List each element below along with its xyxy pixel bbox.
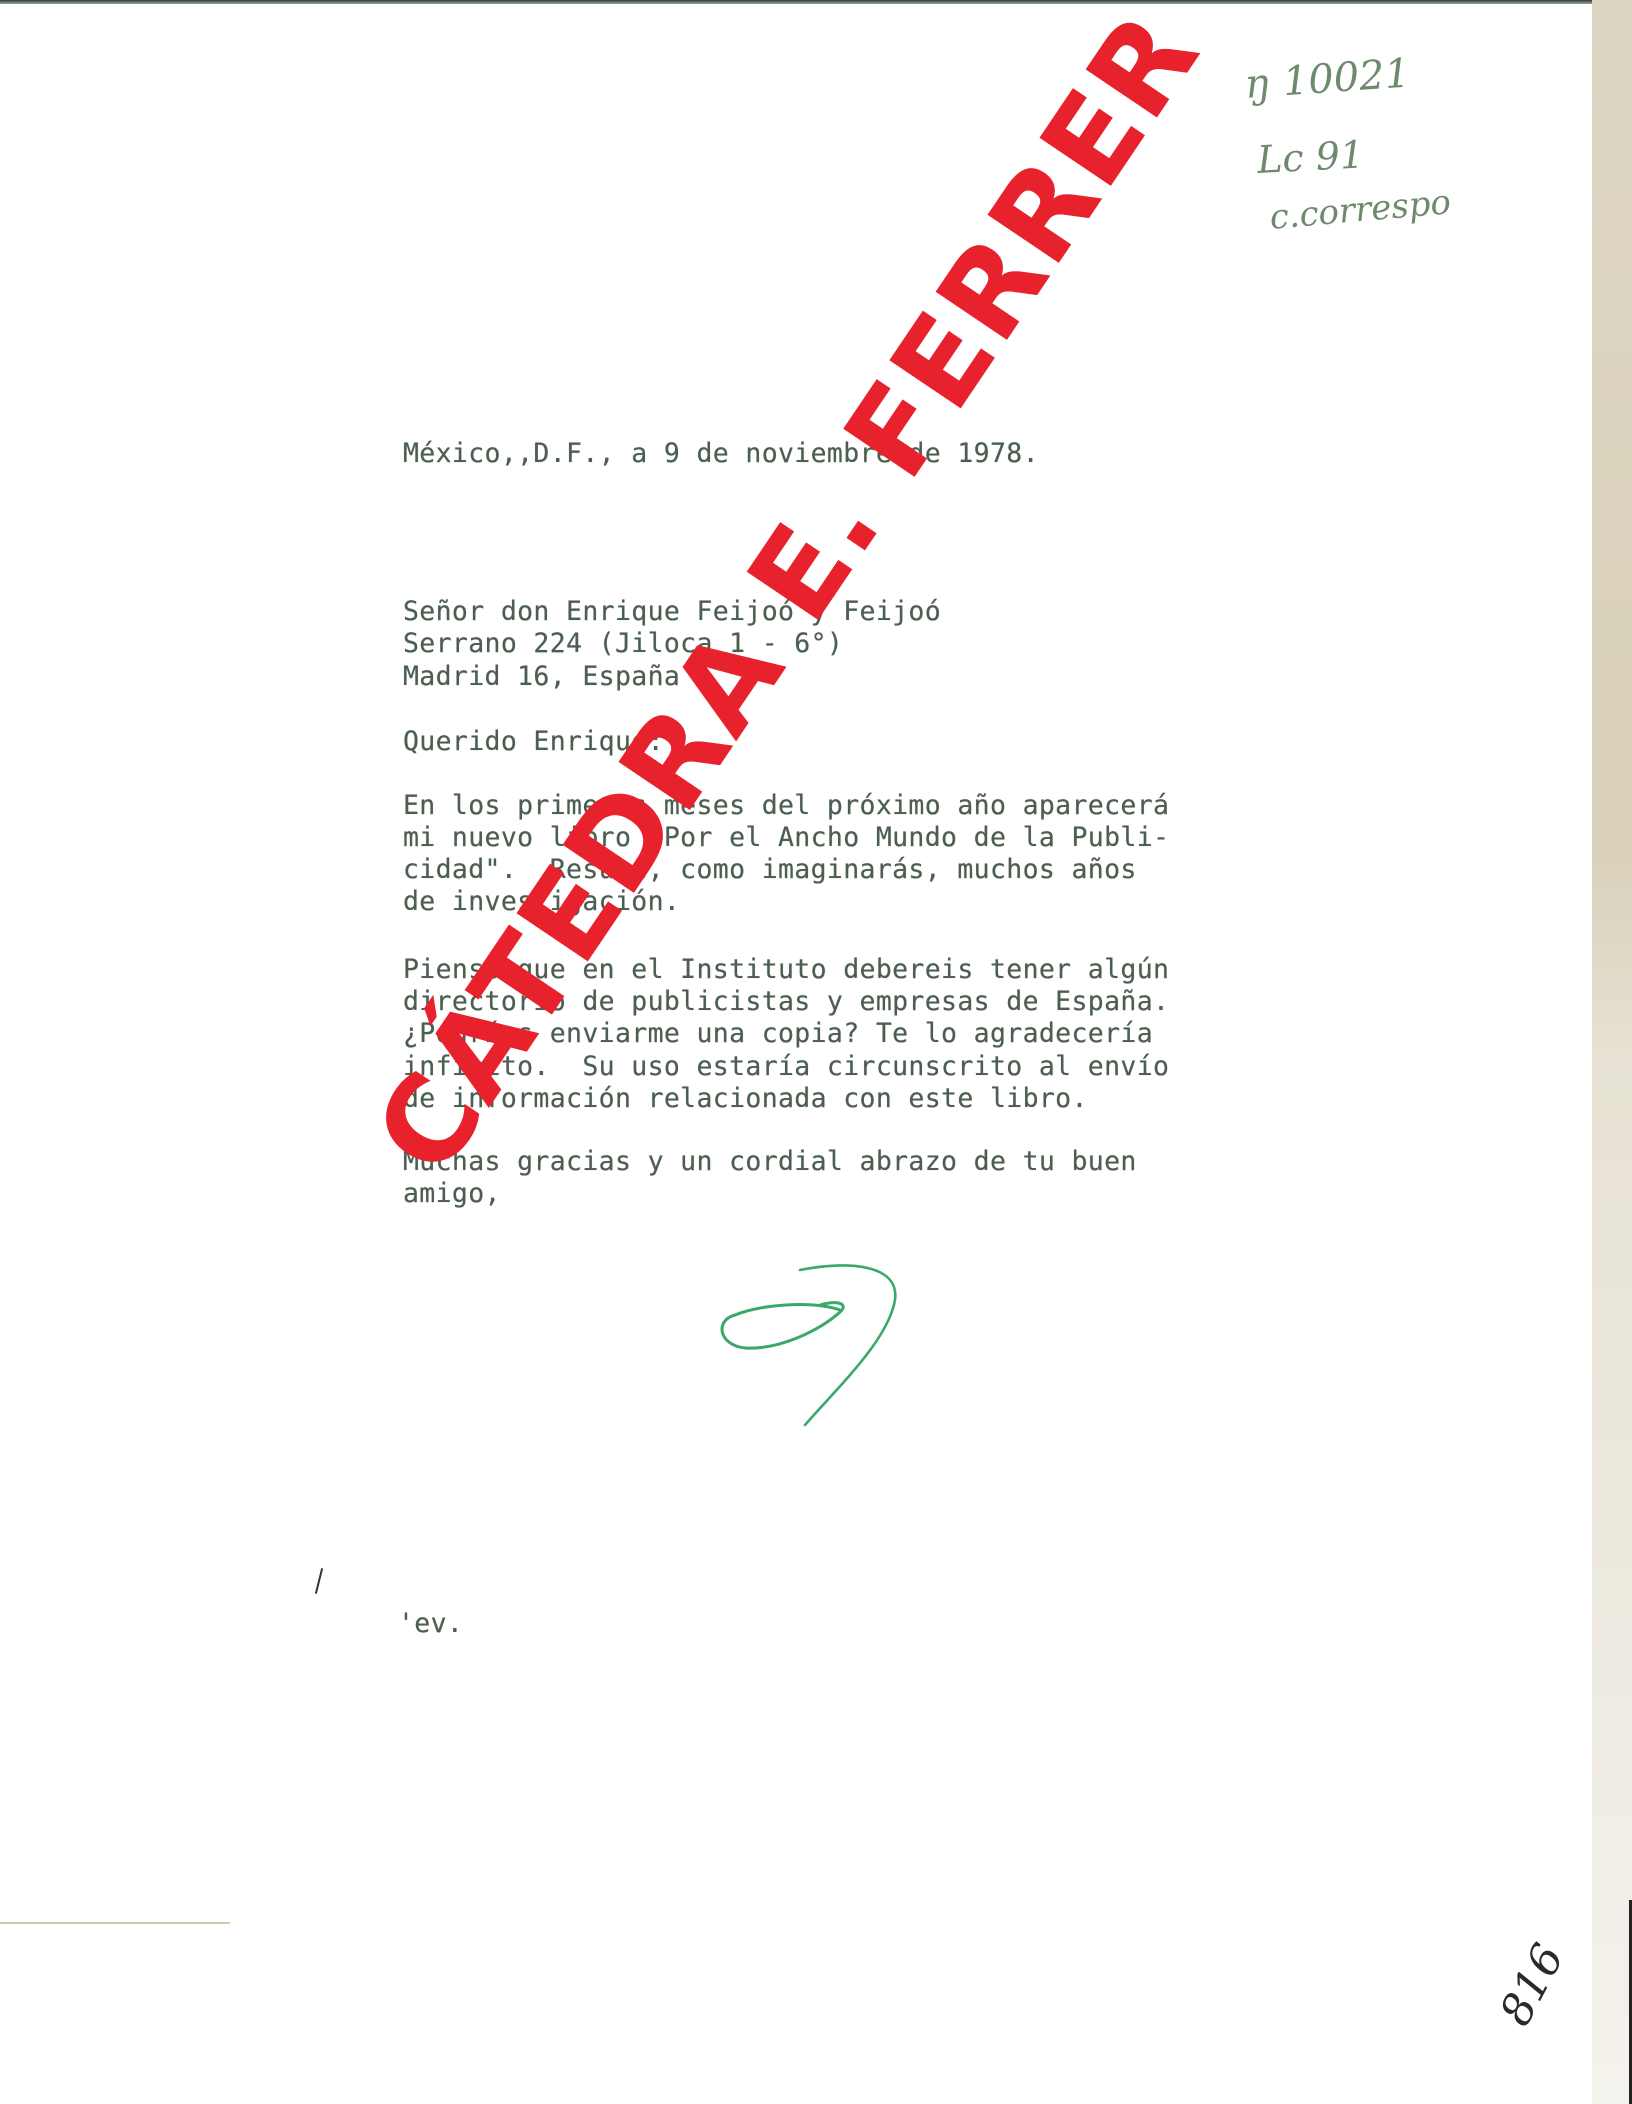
paragraph-line: mi nuevo libro "Por el Ancho Mundo de la… — [403, 822, 1169, 855]
archive-note-category: c.correspo — [1268, 182, 1452, 238]
paragraph-line: En los primeros meses del próximo año ap… — [403, 790, 1169, 823]
pen-mark — [315, 1568, 323, 1594]
signature — [690, 1220, 910, 1430]
archive-note-number: ŋ 10021 — [1243, 50, 1412, 107]
scan-right-margin — [1592, 0, 1632, 2104]
scan-top-edge — [0, 0, 1632, 4]
typist-initials: 'ev. — [398, 1608, 463, 1641]
scan-artifact-line — [0, 1922, 230, 1924]
page-number: 816 — [1490, 1936, 1574, 2034]
archive-note-code: Lc 91 — [1256, 132, 1365, 182]
closing-line: Muchas gracias y un cordial abrazo de tu… — [403, 1146, 1137, 1179]
